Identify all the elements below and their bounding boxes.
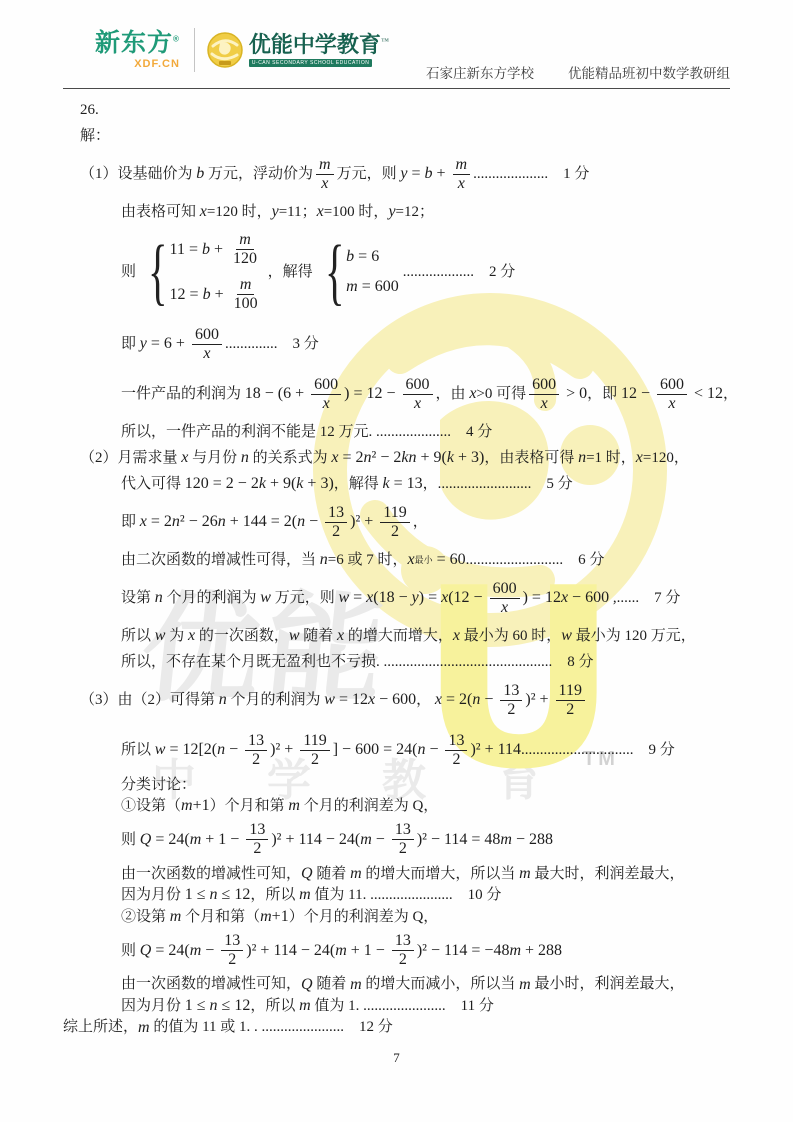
text-run: 一件产品的利润为 [121,384,245,404]
math-run: 120 [233,250,257,267]
fraction: 132 [500,682,522,719]
text-run: 与月份 [188,448,241,468]
numerator: 600 [490,580,520,599]
fraction: 600x [192,326,222,363]
math-run: x [668,395,675,412]
fraction: 600x [529,376,559,413]
math-run: 13 [248,732,264,749]
denominator: x [200,345,213,363]
math-run: 100 [234,295,258,312]
math-run: x [414,395,421,412]
xdf-logo-text: 新东方® [95,30,180,56]
text-run: 的值为 11 或 1. . ...................... 12 … [150,1017,393,1037]
numerator: m [453,156,471,175]
numerator: 119 [556,682,585,701]
solution-line-4: 则{11 = b + m12012 = b + m100，解得{b = 6m =… [63,225,741,319]
text-run: =100 时， [324,202,389,222]
text-run: 最大时，利润差最大， [531,864,685,884]
school-name: 石家庄新东方学校 [426,66,534,81]
equation-system: {11 = b + m12012 = b + m100 [140,231,264,313]
math-run: m [240,276,252,293]
text-run: ,...... 7 分 [609,588,680,608]
numerator: 600 [529,376,559,395]
text-run: 所以，一件产品的利润不能是 12 万元. ...................… [121,422,492,442]
math-run: w = x(18 − y) = x(12 − [338,587,486,609]
registered-mark: ® [173,35,180,44]
text-run: ，所以 [250,885,299,905]
solution-line-5: 即 y = 6 + 600x.............. 3 分 [63,319,741,369]
text-run: 万元，则 [271,588,339,608]
solution-line-10: 即 x = 2n² − 26n + 144 = 2(n − 132)² + 11… [63,497,741,547]
math-run: y [388,201,395,223]
denominator: x [411,395,424,413]
math-run: x [337,625,344,647]
denominator: 2 [388,523,402,541]
math-run: 13 [224,932,240,949]
text-run: 个月的利润为 [163,588,261,608]
text-run: ，即 [587,384,621,404]
text-run: .............. 3 分 [225,334,319,354]
text-run: ， [723,384,738,404]
math-run: )² + 114 − 24(m − [271,829,389,851]
text-run: 由一次函数的增减性可知， [121,864,301,884]
text-run: .......................... 6 分 [466,550,605,570]
math-run: w = 12[2(n − [155,739,242,761]
math-run: Q [301,974,313,996]
math-run: x [321,175,328,192]
math-run: x [203,345,210,362]
solution-line-17: 分类讨论： [63,775,741,795]
text-run: .................... 1 分 [473,164,589,184]
solution-line-12: 设第 n 个月的利润为 w 万元，则 w = x(18 − y) = x(12 … [63,573,741,623]
text-run: 的增大而增大， [344,626,453,646]
math-run: m [350,974,362,996]
math-run: m [288,795,300,817]
math-run: > 0 [562,383,587,405]
text-run: 即 [121,512,140,532]
denominator: 2 [504,701,518,719]
denominator: 120 [230,250,260,268]
text-run: 最小为 120 万元， [572,626,696,646]
equation-system: {b = 6m = 600 [317,239,399,306]
fraction: 1192 [380,504,409,541]
math-run: m [239,231,251,248]
math-run: 13 [395,932,411,949]
math-run: 1 ≤ n ≤ 12 [185,995,251,1017]
math-run: 18 − (6 + [245,383,308,405]
math-run: 2 [253,840,261,857]
math-run: x [541,395,548,412]
math-run: x [407,549,414,571]
denominator: x [538,395,551,413]
math-run: 11 = b + [170,239,227,261]
solution-line-25: 因为月份 1 ≤ n ≤ 12，所以 m 值为 1. .............… [63,995,741,1017]
text-run: 最小为 60 时， [460,626,561,646]
math-run: 2 [507,701,515,718]
solution-line-11: 由二次函数的增减性可得，当 n=6 或 7 时，x最小 = 60........… [63,547,741,573]
math-run: 2 [252,751,260,768]
solution-line-6: 一件产品的利润为 18 − (6 + 600x) = 12 − 600x，由 x… [63,369,741,419]
numerator: 119 [380,504,409,523]
text-run: 万元，则 [337,164,401,184]
fraction: 600x [657,376,687,413]
math-run: k = 13 [383,473,423,495]
fraction: 132 [392,821,414,858]
fraction: 600x [311,376,341,413]
math-run: ] − 600 = 24(n − [333,739,443,761]
text-run: .............................. 9 分 [521,740,675,760]
math-run: m [456,156,468,173]
text-run: 分类讨论： [121,775,196,795]
math-run: 2 [228,951,236,968]
youneng-name: 优能中学教育™ [249,33,389,57]
math-run: ) = 12 − [344,383,399,405]
text-run: 则 [121,830,140,850]
math-run: b = 6 [346,246,379,268]
math-run: m [138,1017,150,1039]
solution-line-18: ①设第（m+1）个月和第 m 个月的利润差为 Q， [63,795,741,817]
text-run: （2）月需求量 [80,448,181,468]
solution-line-20: 由一次函数的增减性可知，Q 随着 m 的增大而增大，所以当 m 最大时，利润差最… [63,863,741,885]
brand-logo: 新东方® XDF.CN 优能中学教育™ U-CAN SECONDARY SCHO… [95,28,389,72]
text-run: 则 [121,262,136,282]
math-run: w [289,625,300,647]
math-run: n [241,447,249,469]
math-run: n [578,447,586,469]
math-run: w [260,587,271,609]
math-run: 119 [303,732,326,749]
solution-line-19: 则 Q = 24(m + 1 − 132)² + 114 − 24(m − 13… [63,817,741,863]
math-run: )² − 114 = 48m − 288 [417,829,553,851]
math-run: 13 [448,732,464,749]
text-run: ，所以 [250,996,299,1016]
text-run: ，由 [436,384,470,404]
text-run: 解： [80,126,110,146]
solution-line-22: ②设第 m 个月和第（m+1）个月的利润差为 Q， [63,906,741,928]
denominator: x [318,175,331,193]
research-group-name: 优能精品班初中数学教研组 [568,66,730,81]
denominator: 2 [449,751,463,769]
text-run: 设第 [121,588,155,608]
text-run: 即 [121,334,140,354]
text-run: 个月的利润为 [227,690,325,710]
youneng-tagline: U-CAN SECONDARY SCHOOL EDUCATION [249,59,373,67]
math-run: < 12 [690,383,723,405]
math-run: x = 2(n − [435,689,498,711]
math-run: 13 [249,821,265,838]
solution-line-15: （3）由（2）可得第 n 个月的利润为 w = 12x − 600， x = 2… [63,675,741,725]
text-run: 的增大而减小，所以当 [362,974,520,994]
text-run: 随着 [313,864,351,884]
text-run: 的关系式为 [249,448,332,468]
math-run: 600 [532,376,556,393]
math-run: )² − 114 = −48m + 288 [417,940,562,962]
text-run: （3）由（2）可得第 [80,690,219,710]
denominator: x [320,395,333,413]
numerator: m [236,231,254,250]
xdf-logo: 新东方® XDF.CN [95,30,180,69]
solution-line-21: 因为月份 1 ≤ n ≤ 12，所以 m 值为 11. ............… [63,884,741,906]
solution-line-9: 代入可得 120 = 2 − 2k + 9(k + 3)，解得 k = 13，.… [63,471,741,497]
denominator: x [455,175,468,193]
text-run: ，解得 [268,262,313,282]
text-run: 由二次函数的增减性可得，当 [121,550,320,570]
text-run: 为 [165,626,188,646]
text-run: ，......................... 5 分 [423,474,573,494]
brace-icon: { [325,239,345,306]
math-run: 2 [399,951,407,968]
math-run: )² + 114 [470,739,521,761]
numerator: 119 [300,732,329,751]
numerator: 600 [311,376,341,395]
text-run: =120 时， [207,202,272,222]
text-run: ，解得 [334,474,383,494]
text-run: ）个月和第 [210,796,289,816]
math-run: m [350,863,362,885]
text-run: =11； [279,202,317,222]
solution-line-16: 所以 w = 12[2(n − 132)² + 1192] − 600 = 24… [63,725,741,775]
text-run: （1）设基础价为 [80,164,196,184]
math-run: m = 600 [346,276,399,298]
math-run: x [469,383,476,405]
numerator: 600 [403,376,433,395]
math-run: 600 [493,580,517,597]
math-run: n [219,689,227,711]
xdf-name-text: 新东方 [95,29,173,57]
denominator: x [665,395,678,413]
page-header: 新东方® XDF.CN 优能中学教育™ U-CAN SECONDARY SCHO… [63,22,730,88]
brace-icon: { [148,239,168,306]
math-run: x [323,395,330,412]
math-run: y [272,201,279,223]
math-run: = 60 [433,549,466,571]
math-run: x = 2n² − 26n + 144 = 2(n − [140,511,322,533]
denominator: 100 [231,295,261,313]
fraction: 132 [445,732,467,769]
numerator: 13 [392,821,414,840]
text-run: ②设第 [121,907,170,927]
math-run: 2 [311,751,319,768]
math-run: m+1 [181,795,210,817]
math-run: m [319,156,331,173]
youneng-logo-text: 优能中学教育™ U-CAN SECONDARY SCHOOL EDUCATION [249,33,389,67]
solution-line-2: （1）设基础价为 b 万元，浮动价为mx万元，则 y = b + mx.....… [63,149,741,199]
equation-row: 11 = b + m120 [170,231,264,268]
numerator: 13 [245,732,267,751]
math-run: w [155,625,166,647]
text-run: 因为月份 [121,996,185,1016]
text-run: =120， [643,448,689,468]
math-run: m [519,863,531,885]
math-run: 119 [559,682,582,699]
numerator: 600 [657,376,687,395]
math-run: 2 [399,840,407,857]
math-run: x [636,447,643,469]
trademark-mark: ™ [381,37,389,46]
math-run: 12 = b + [170,284,228,306]
numerator: 13 [392,932,414,951]
text-run: 所以 [121,626,155,646]
text-run: =1 时， [586,448,636,468]
math-run: b [196,163,204,185]
math-run: 13 [503,682,519,699]
fraction: 600x [490,580,520,617]
text-run: 因为月份 [121,885,185,905]
fraction: 132 [246,821,268,858]
fraction: m120 [230,231,260,268]
text-run: =12； [396,202,434,222]
fraction: 1192 [300,732,329,769]
denominator: 2 [396,840,410,858]
youneng-logo: 优能中学教育™ U-CAN SECONDARY SCHOOL EDUCATION [207,32,389,68]
math-run: 600 [195,326,219,343]
math-run: n [320,549,328,571]
numerator: 13 [500,682,522,701]
math-run: x [188,625,195,647]
fraction: m100 [231,276,261,313]
text-run: 26. [80,100,99,120]
math-run: w [561,625,572,647]
numerator: 600 [192,326,222,345]
math-run: x [200,201,207,223]
text-run: 的一次函数， [195,626,289,646]
text-run: 最小时，利润差最大， [531,974,685,994]
equation-row: b = 6 [346,246,399,268]
math-run: x [458,175,465,192]
math-run: 12 − [621,383,654,405]
text-run: 综上所述， [63,1017,138,1037]
denominator: x [498,599,511,617]
numerator: 13 [445,732,467,751]
equation-rows: 11 = b + m12012 = b + m100 [170,231,264,313]
math-run: 600 [660,376,684,393]
header-rule [63,88,730,89]
fraction: 132 [325,504,347,541]
text-run: 值为 1. ...................... 11 分 [311,996,494,1016]
text-run: 由表格可知 [121,202,200,222]
math-run: x [453,625,460,647]
text-run: ................... 2 分 [403,262,516,282]
math-run: m [170,906,182,928]
math-run: y = 6 + [140,333,189,355]
math-run: m [299,995,311,1017]
denominator: 2 [563,701,577,719]
solution-line-23: 则 Q = 24(m − 132)² + 114 − 24(m + 1 − 13… [63,928,741,974]
text-run: 代入可得 [121,474,185,494]
fraction: 132 [221,932,243,969]
youneng-name-text: 优能中学教育 [249,32,381,57]
solution-line-3: 由表格可知 x=120 时，y=11；x=100 时，y=12； [63,199,741,225]
text-run: 由一次函数的增减性可知， [121,974,301,994]
math-run: 2 [332,523,340,540]
youneng-globe-icon [207,32,243,68]
numerator: 13 [221,932,243,951]
math-run: 1 ≤ n ≤ 12 [185,884,251,906]
text-run: 个月的利润差为 Q， [300,796,438,816]
fraction: 600x [403,376,433,413]
text-run: 随着 [300,626,338,646]
text-run: ）个月的利润差为 Q， [289,907,439,927]
solution-line-14: 所以，不存在某个月既无盈利也不亏损. .....................… [63,649,741,675]
math-run: 119 [383,504,406,521]
math-run: n [155,587,163,609]
math-run: y = b + [400,163,449,185]
text-run: 所以，不存在某个月既无盈利也不亏损. .....................… [121,652,594,672]
text-run: 万元，浮动价为 [204,164,313,184]
math-run: Q = 24(m − [140,940,219,962]
denominator: 2 [329,523,343,541]
page-footer: 7 [0,1050,793,1066]
denominator: 2 [249,751,263,769]
text-run: ， [413,512,428,532]
solution-line-26: 综上所述，m 的值为 11 或 1. . ...................… [63,1017,741,1039]
denominator: 2 [396,951,410,969]
equation-rows: b = 6m = 600 [346,246,399,297]
math-run: x [317,201,324,223]
solution: 26.解：（1）设基础价为 b 万元，浮动价为mx万元，则 y = b + mx… [63,97,741,1038]
text-run: ①设第（ [121,796,181,816]
text-run: 则 [121,941,140,961]
xdf-domain-text: XDF.CN [134,58,180,70]
text-run: 值为 11. ...................... 10 分 [311,885,502,905]
numerator: 13 [325,504,347,523]
logo-divider [194,28,195,72]
text-run: =6 或 7 时， [328,550,408,570]
fraction: mx [453,156,471,193]
math-run: 600 [406,376,430,393]
fraction: 132 [245,732,267,769]
text-run: ，由表格可得 [484,448,578,468]
text-run: 随着 [313,974,351,994]
math-run: )² + [525,689,552,711]
solution-line-1: 解： [63,123,741,149]
math-run: x [501,599,508,616]
math-run: 120 = 2 − 2k + 9(k + 3) [185,473,334,495]
text-run: >0 可得 [476,384,526,404]
math-run: ) = 12x − 600 [523,587,610,609]
math-run: )² + [270,739,297,761]
math-run: w = 12x − 600 [324,689,416,711]
equation-row: m = 600 [346,276,399,298]
math-run: )² + 114 − 24(m + 1 − [246,940,389,962]
math-run: 600 [314,376,338,393]
math-run: m [299,884,311,906]
math-run: Q = 24(m + 1 − [140,829,244,851]
math-run: Q [301,863,313,885]
solution-line-8: （2）月需求量 x 与月份 n 的关系式为 x = 2n² − 2kn + 9(… [63,445,741,471]
solution-line-7: 所以，一件产品的利润不能是 12 万元. ...................… [63,419,741,445]
math-run: x [181,447,188,469]
denominator: 2 [250,840,264,858]
text-run: ， [416,690,435,710]
math-run: )² + [350,511,377,533]
math-run: 2 [391,523,399,540]
solution-line-24: 由一次函数的增减性可知，Q 随着 m 的增大而减小，所以当 m 最小时，利润差最… [63,974,741,996]
header-org-text: 石家庄新东方学校优能精品班初中数学教研组 [426,62,730,82]
fraction: 132 [392,932,414,969]
text-run: 的增大而增大，所以当 [362,864,520,884]
numerator: m [316,156,334,175]
fraction: 1192 [556,682,585,719]
solution-line-13: 所以 w 为 x 的一次函数，w 随着 x 的增大而增大，x 最小为 60 时，… [63,623,741,649]
text-run: 个月和第（ [181,907,260,927]
subscript: 最小 [415,554,433,566]
text-run: 所以 [121,740,155,760]
numerator: m [237,276,255,295]
math-run: 13 [328,504,344,521]
document-page: 优能 中 学 教 育 U TM 新东方® XDF.CN 优能中学教育™ [0,0,793,1122]
math-run: x = 2n² − 2kn + 9(k + 3) [331,447,484,469]
